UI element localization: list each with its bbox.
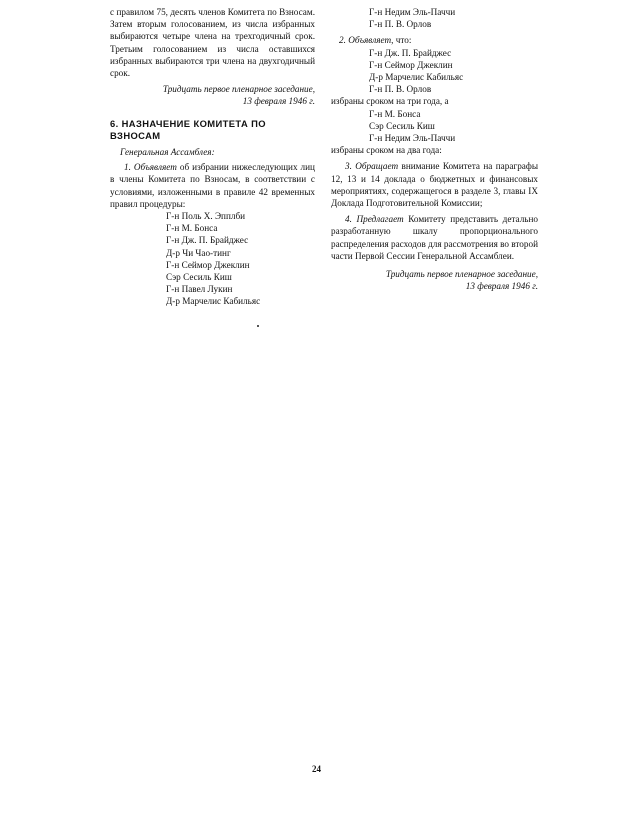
intro-paragraph: с правилом 75, десять членов Комитета по… [110,6,315,79]
section-heading: 6. НАЗНАЧЕНИЕ КОМИТЕТА ПО ВЗНОСАМ [110,118,315,142]
list-item: Сэр Сесиль Киш [369,120,538,132]
item-3-paragraph: 3. Обращает внимание Комитета на парагра… [331,160,538,209]
page-number: 24 [312,764,321,774]
item-2-paragraph: 2. Объявляет, что: [331,34,538,46]
list-item: Д-р Марчелис Кабильяс [166,295,315,307]
item-3-lead: 3. Обращает [345,161,398,171]
item-1-lead: 1. Объявляет [124,162,177,172]
list-item: Д-р Чи Чао-тинг [166,247,315,259]
list-item: Г-н П. В. Орлов [369,83,538,95]
right-column: Г-н Недим Эль-Паччи Г-н П. В. Орлов 2. О… [331,6,538,292]
list-item: Г-н Недим Эль-Паччи [369,132,538,144]
list-item: Г-н Сеймор Джеклин [369,59,538,71]
list-item: Г-н М. Бонса [166,222,315,234]
list-item: Г-н П. В. Орлов [369,18,538,30]
list-item: Д-р Марчелис Кабильяс [369,71,538,83]
list-item: Сэр Сесиль Киш [166,271,315,283]
list-item: Г-н Сеймор Джеклин [166,259,315,271]
scan-speck [257,325,259,327]
item-4-paragraph: 4. Предлагает Комитету представить детал… [331,213,538,262]
committee-members-list: Г-н Поль Х. Эпплби Г-н М. Бонса Г-н Дж. … [110,210,315,308]
two-year-members-list: Г-н М. Бонса Сэр Сесиль Киш Г-н Недим Эл… [331,108,538,145]
list-item: Г-н Дж. П. Брайджес [369,47,538,59]
three-year-members-list: Г-н Дж. П. Брайджес Г-н Сеймор Джеклин Д… [331,47,538,96]
list-item: Г-н Поль Х. Эпплби [166,210,315,222]
left-column: с правилом 75, десять членов Комитета по… [110,6,315,308]
subheading: Генеральная Ассамблея: [110,146,315,158]
date-line: 13 февраля 1946 г. [110,95,315,107]
item-4-lead: 4. Предлагает [345,214,404,224]
two-year-text: избраны сроком на два года: [331,144,538,156]
list-item: Г-н М. Бонса [369,108,538,120]
date-line: 13 февраля 1946 г. [331,280,538,292]
list-item: Г-н Дж. П. Брайджес [166,234,315,246]
item-1-paragraph: 1. Объявляет об избрании нижеследующих л… [110,161,315,210]
signature-line: Тридцать первое пленарное заседание, [110,83,315,95]
signature-line: Тридцать первое пленарное заседание, [331,268,538,280]
three-year-text: избраны сроком на три года, а [331,95,538,107]
item-2-text: , что: [391,35,411,45]
committee-members-list-continued: Г-н Недим Эль-Паччи Г-н П. В. Орлов [331,6,538,30]
item-2-lead: 2. Объявляет [339,35,391,45]
list-item: Г-н Павел Лукин [166,283,315,295]
list-item: Г-н Недим Эль-Паччи [369,6,538,18]
